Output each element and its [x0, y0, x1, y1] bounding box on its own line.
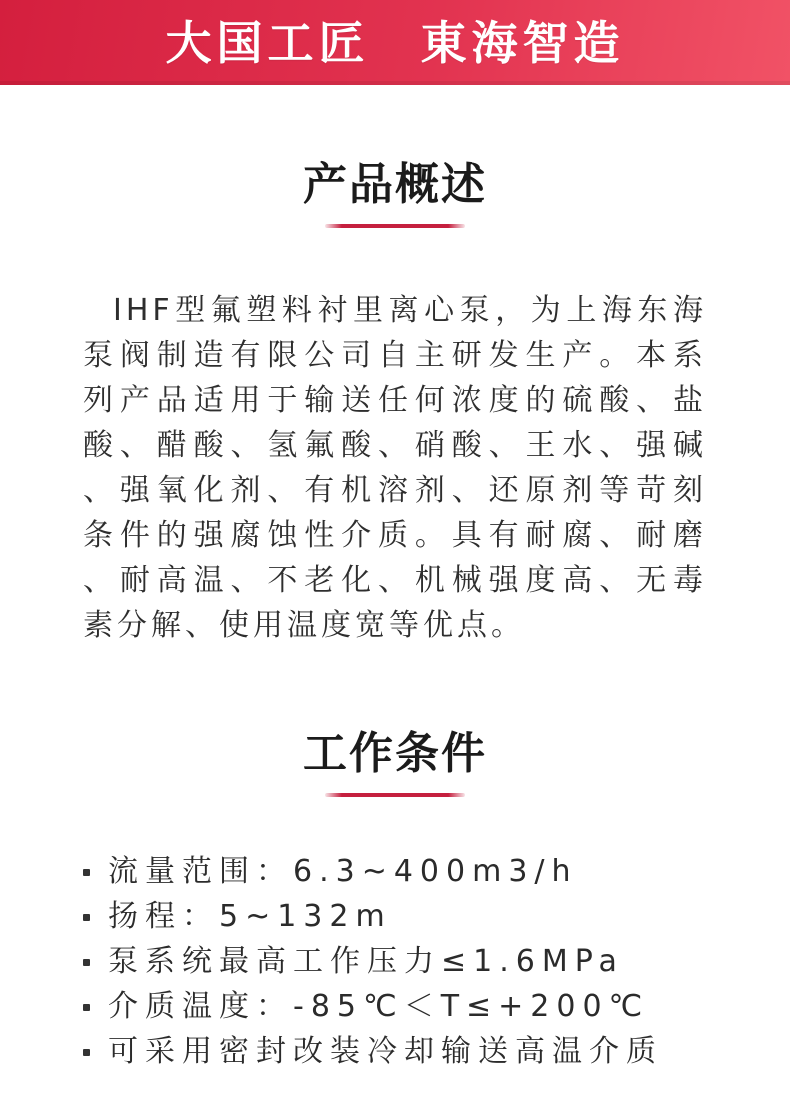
overview-section-title: 产品概述 — [0, 163, 790, 207]
bullet-dot-icon — [83, 1004, 90, 1011]
bullet-dot-icon — [83, 1049, 90, 1056]
spec-medium-temperature: 介质温度：-85℃＜T≤+200℃ — [108, 984, 649, 1029]
overview-line: 、耐高温、不老化、机械强度高、无毒 — [83, 558, 707, 603]
banner-slogan: 大国工匠 東海智造 — [166, 20, 625, 66]
spec-flow-range: 流量范围：6.3~400m3/h — [108, 849, 578, 894]
list-item: 流量范围：6.3~400m3/h — [83, 849, 707, 894]
list-item: 扬程：5~132m — [83, 894, 707, 939]
overview-title-underline — [325, 224, 465, 228]
overview-line: 素分解、使用温度宽等优点。 — [83, 603, 707, 648]
overview-line: 泵阀制造有限公司自主研发生产。本系 — [83, 333, 707, 378]
bullet-dot-icon — [83, 959, 90, 966]
spec-head: 扬程：5~132m — [108, 894, 392, 939]
overview-line: 酸、醋酸、氢氟酸、硝酸、王水、强碱 — [83, 423, 707, 468]
conditions-title-underline — [325, 793, 465, 797]
overview-line: 条件的强腐蚀性介质。具有耐腐、耐磨 — [83, 513, 707, 558]
spec-max-pressure: 泵系统最高工作压力≤1.6MPa — [108, 939, 624, 984]
overview-line: IHF型氟塑料衬里离心泵，为上海东海 — [83, 288, 707, 333]
bullet-dot-icon — [83, 914, 90, 921]
header-banner: 大国工匠 東海智造 — [0, 0, 790, 85]
section-conditions: 工作条件 流量范围：6.3~400m3/h 扬程：5~132m 泵系统最高工作压… — [0, 732, 790, 1074]
section-overview: 产品概述 IHF型氟塑料衬里离心泵，为上海东海 泵阀制造有限公司自主研发生产。本… — [0, 163, 790, 648]
overview-line: 列产品适用于输送任何浓度的硫酸、盐 — [83, 378, 707, 423]
list-item: 泵系统最高工作压力≤1.6MPa — [83, 939, 707, 984]
conditions-section-title: 工作条件 — [0, 732, 790, 776]
overview-line: 、强氧化剂、有机溶剂、还原剂等苛刻 — [83, 468, 707, 513]
overview-paragraph: IHF型氟塑料衬里离心泵，为上海东海 泵阀制造有限公司自主研发生产。本系 列产品… — [0, 288, 790, 648]
spec-seal-cooling: 可采用密封改装冷却输送高温介质 — [108, 1029, 663, 1074]
conditions-spec-list: 流量范围：6.3~400m3/h 扬程：5~132m 泵系统最高工作压力≤1.6… — [0, 849, 790, 1074]
bullet-dot-icon — [83, 869, 90, 876]
list-item: 可采用密封改装冷却输送高温介质 — [83, 1029, 707, 1074]
list-item: 介质温度：-85℃＜T≤+200℃ — [83, 984, 707, 1029]
product-detail-page: 大国工匠 東海智造 产品概述 IHF型氟塑料衬里离心泵，为上海东海 泵阀制造有限… — [0, 0, 790, 1116]
